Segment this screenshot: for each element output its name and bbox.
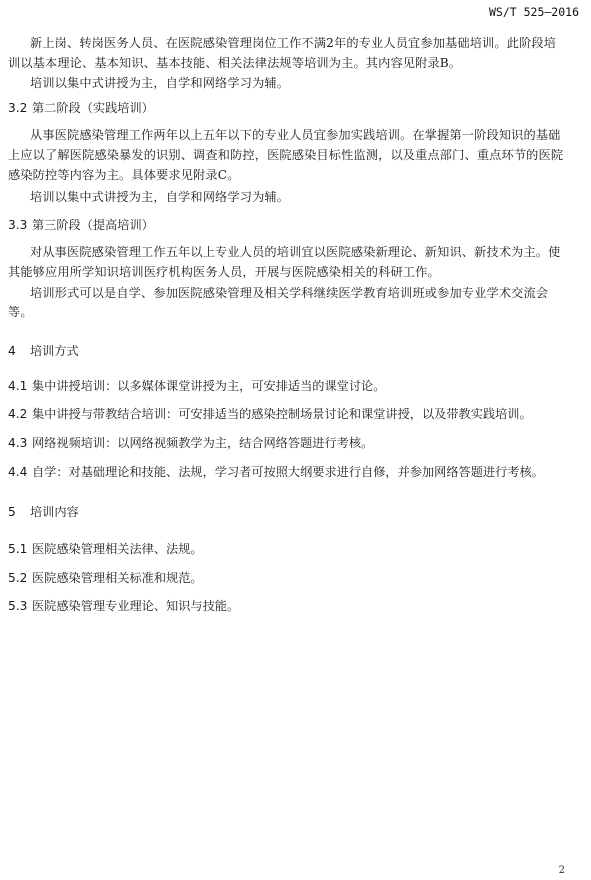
- paragraph-line: 上应以了解医院感染暴发的识别、调查和防控，医院感染目标性监测，以及重点部门、重点…: [8, 145, 581, 165]
- item-number: 4.2: [8, 404, 32, 424]
- paragraph-line: 培训以集中式讲授为主，自学和网络学习为辅。: [30, 73, 581, 93]
- paragraph-line: 对从事医院感染管理工作五年以上专业人员的培训宜以医院感染新理论、新知识、新技术为…: [30, 242, 581, 262]
- list-item-4-3: 4.3网络视频培训：以网络视频教学为主，结合网络答题进行考核。: [8, 433, 373, 453]
- section-number: 4: [8, 341, 30, 361]
- paragraph-line: 等。: [8, 302, 581, 322]
- list-item-4-4: 4.4自学：对基础理论和技能、法规，学习者可按照大纲要求进行自修，并参加网络答题…: [8, 462, 544, 482]
- section-title: 第二阶段（实践培训）: [32, 101, 154, 115]
- paragraph-line: 训以基本理论、基本知识、基本技能、相关法律法规等培训为主。其内容见附录B。: [8, 53, 581, 73]
- item-number: 5.2: [8, 568, 32, 588]
- paragraph-line: 新上岗、转岗医务人员、在医院感染管理岗位工作不满2年的专业人员宜参加基础培训。此…: [30, 33, 581, 53]
- list-item-4-1: 4.1集中讲授培训：以多媒体课堂讲授为主，可安排适当的课堂讨论。: [8, 376, 385, 396]
- item-text: 医院感染管理相关法律、法规。: [32, 542, 203, 556]
- section-title: 培训内容: [30, 505, 79, 519]
- section-heading-4: 4培训方式: [8, 341, 79, 361]
- standard-code: WS/T 525—2016: [489, 5, 579, 19]
- section-heading-3-3: 3.3第三阶段（提高培训）: [8, 215, 154, 235]
- section-number: 5: [8, 502, 30, 522]
- section-title: 第三阶段（提高培训）: [32, 218, 154, 232]
- section-title: 培训方式: [30, 344, 79, 358]
- item-text: 集中讲授培训：以多媒体课堂讲授为主，可安排适当的课堂讨论。: [32, 379, 385, 393]
- section-number: 3.3: [8, 215, 32, 235]
- item-number: 4.1: [8, 376, 32, 396]
- item-text: 自学：对基础理论和技能、法规，学习者可按照大纲要求进行自修，并参加网络答题进行考…: [32, 465, 544, 479]
- item-text: 集中讲授与带教结合培训：可安排适当的感染控制场景讨论和课堂讲授，以及带教实践培训…: [32, 407, 532, 421]
- section-number: 3.2: [8, 98, 32, 118]
- section-heading-5: 5培训内容: [8, 502, 79, 522]
- paragraph-line: 从事医院感染管理工作两年以上五年以下的专业人员宜参加实践培训。在掌握第一阶段知识…: [30, 125, 581, 145]
- item-number: 5.3: [8, 596, 32, 616]
- paragraph-line: 培训以集中式讲授为主，自学和网络学习为辅。: [30, 187, 581, 207]
- item-number: 4.4: [8, 462, 32, 482]
- paragraph-line: 培训形式可以是自学、参加医院感染管理及相关学科继续医学教育培训班或参加专业学术交…: [30, 283, 581, 303]
- list-item-5-1: 5.1医院感染管理相关法律、法规。: [8, 539, 203, 559]
- list-item-5-2: 5.2医院感染管理相关标准和规范。: [8, 568, 203, 588]
- item-text: 网络视频培训：以网络视频教学为主，结合网络答题进行考核。: [32, 436, 373, 450]
- paragraph-line: 其能够应用所学知识培训医疗机构医务人员，开展与医院感染相关的科研工作。: [8, 262, 581, 282]
- section-heading-3-2: 3.2第二阶段（实践培训）: [8, 98, 154, 118]
- item-text: 医院感染管理专业理论、知识与技能。: [32, 599, 239, 613]
- list-item-5-3: 5.3医院感染管理专业理论、知识与技能。: [8, 596, 239, 616]
- item-text: 医院感染管理相关标准和规范。: [32, 571, 203, 585]
- item-number: 4.3: [8, 433, 32, 453]
- page-number: 2: [559, 865, 565, 876]
- paragraph-line: 感染防控等内容为主。具体要求见附录C。: [8, 165, 581, 185]
- item-number: 5.1: [8, 539, 32, 559]
- list-item-4-2: 4.2集中讲授与带教结合培训：可安排适当的感染控制场景讨论和课堂讲授，以及带教实…: [8, 404, 532, 424]
